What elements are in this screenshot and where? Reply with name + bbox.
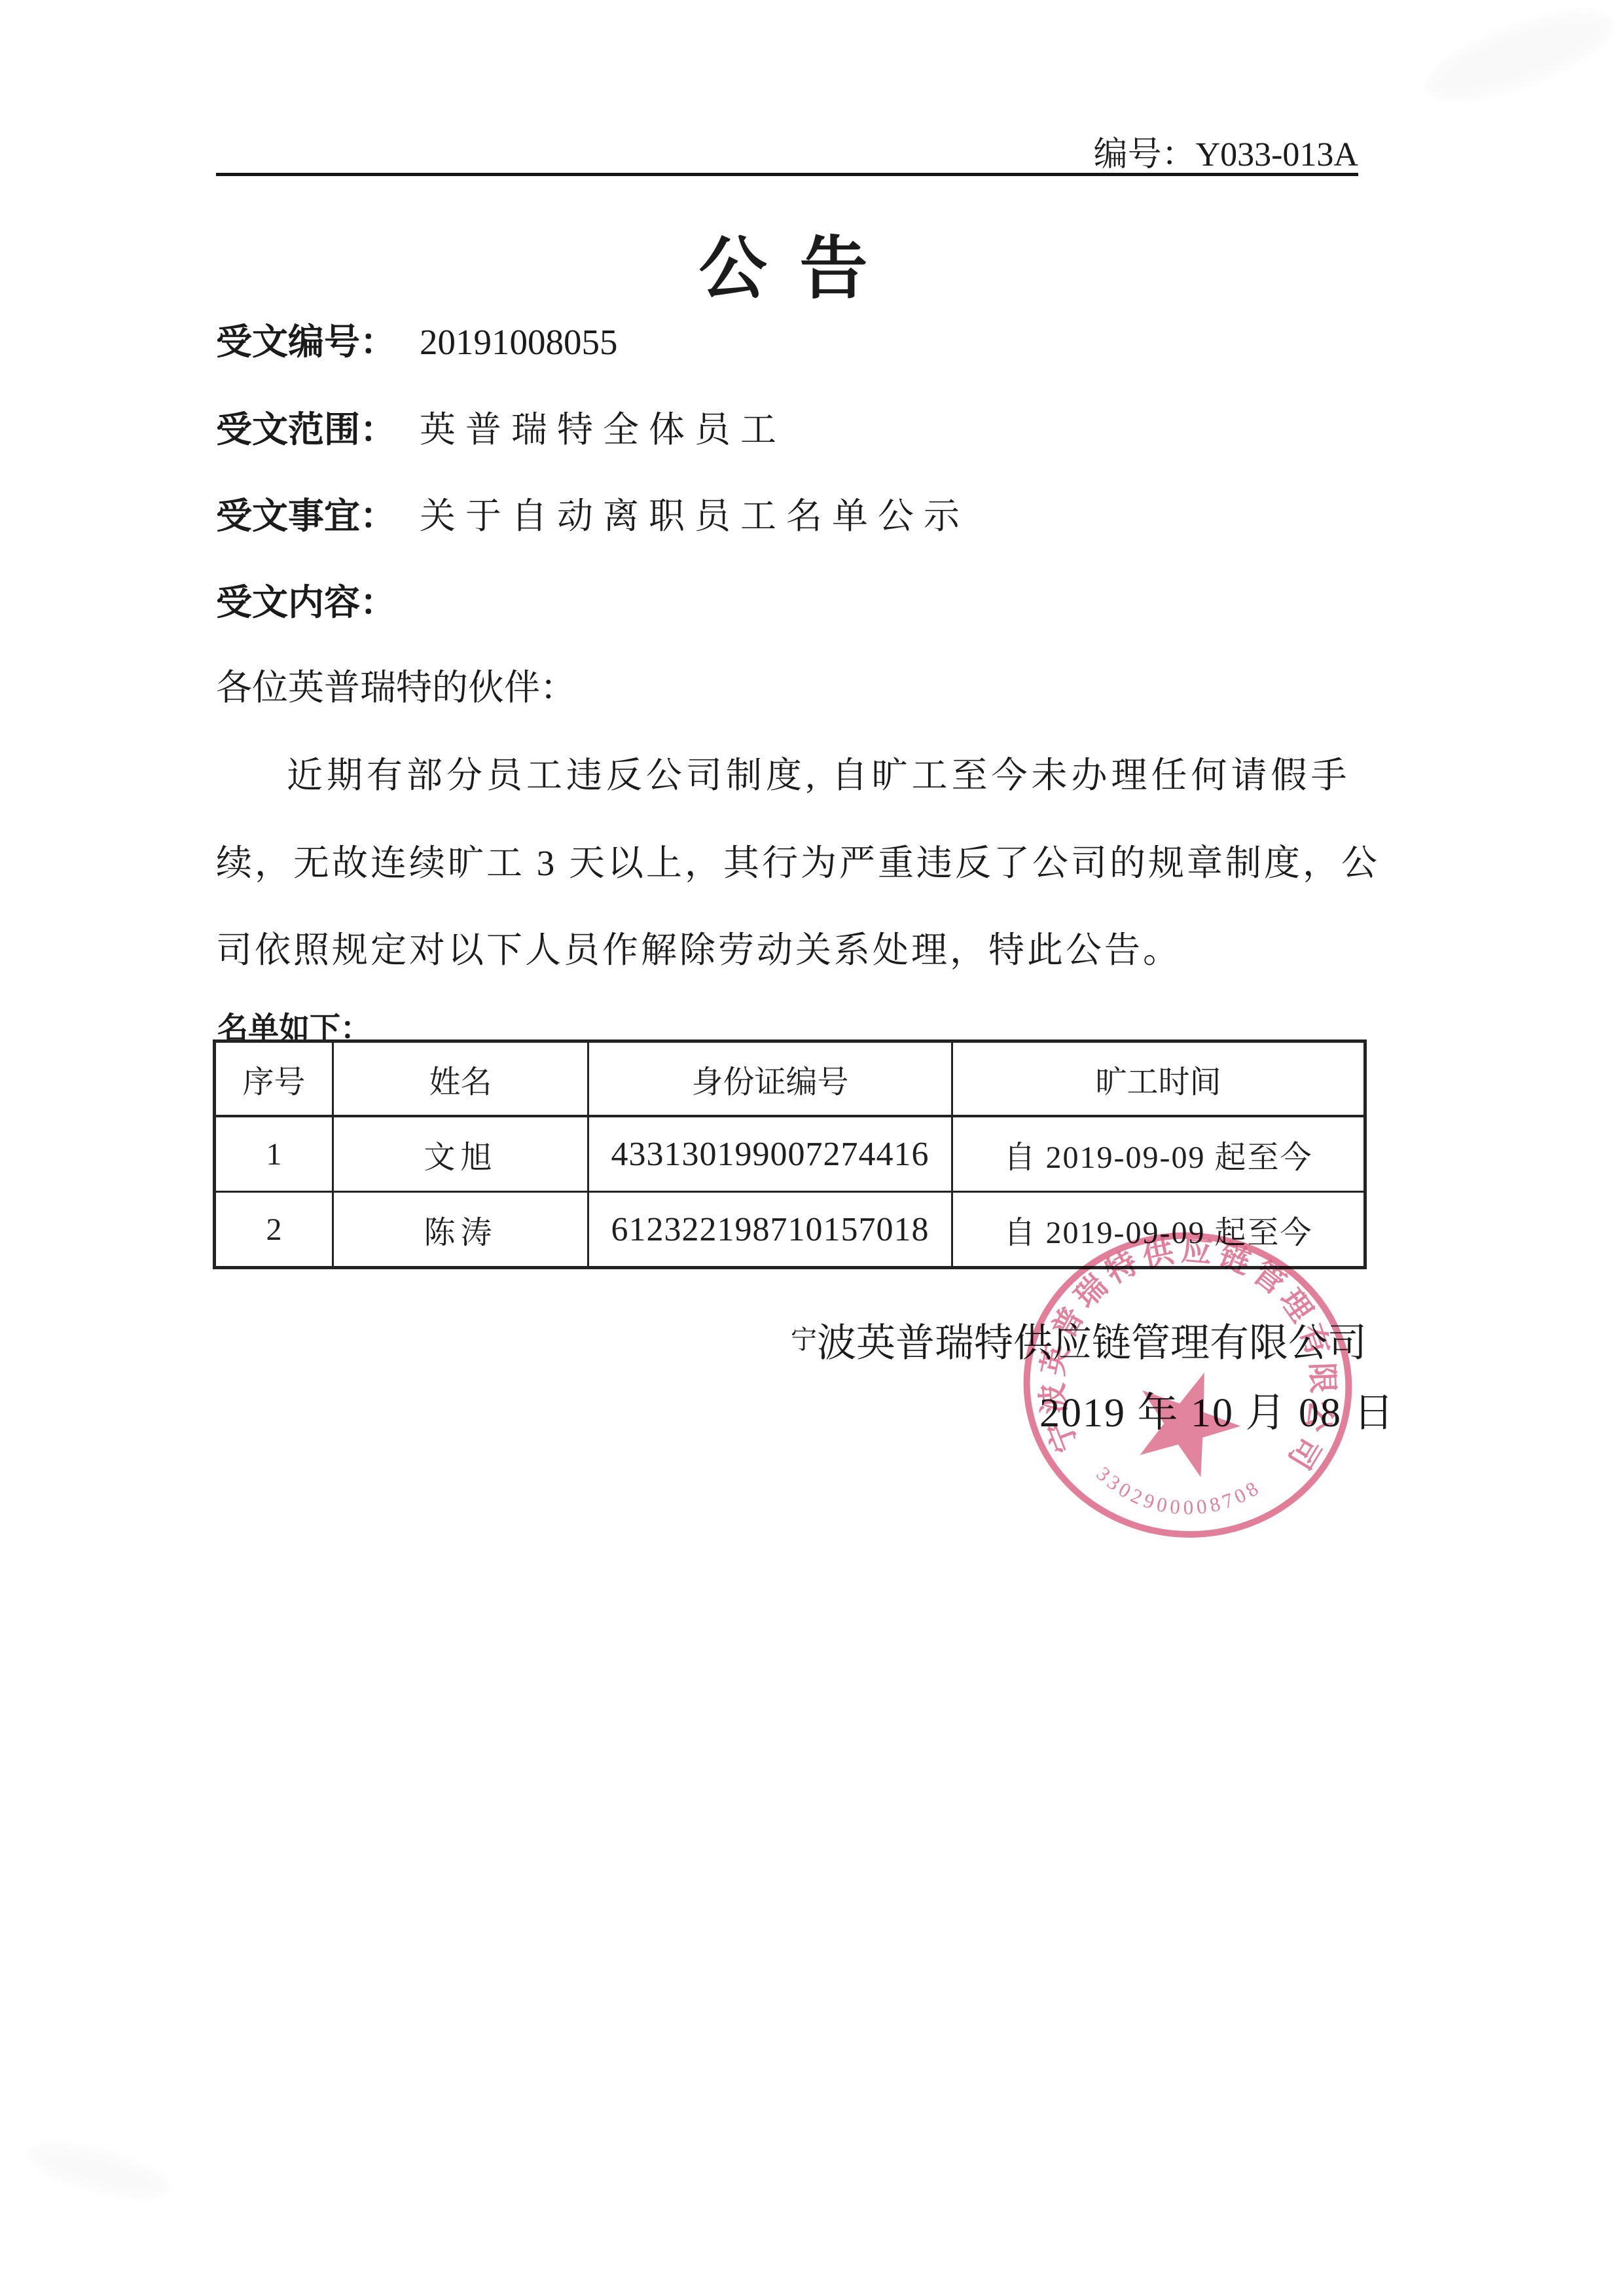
col-header-absence-period: 旷工时间 bbox=[952, 1041, 1365, 1117]
cell-absence-period: 自 2019-09-09 起至今 bbox=[952, 1116, 1365, 1192]
cell-name: 陈涛 bbox=[333, 1192, 588, 1268]
document-ref-number: 编号：Y033-013A bbox=[216, 126, 1358, 175]
field-scope: 受文范围：英普瑞特全体员工 bbox=[216, 401, 786, 452]
field-label: 受文编号： bbox=[216, 322, 396, 362]
scanned-announcement-page: 编号：Y033-013A 公 告 受文编号：20191008055 受文范围：英… bbox=[0, 0, 1624, 2295]
field-label: 受文范围： bbox=[216, 410, 396, 450]
cell-name: 文旭 bbox=[333, 1116, 588, 1192]
field-value: 关于自动离职员工名单公示 bbox=[420, 496, 969, 536]
body-line: 续，无故连续旷工 3 天以上，其行为严重违反了公司的规章制度，公 bbox=[216, 834, 1368, 886]
page-title: 公 告 bbox=[216, 213, 1358, 312]
table-header-row: 序号 姓名 身份证编号 旷工时间 bbox=[215, 1041, 1365, 1117]
field-subject: 受文事宜：关于自动离职员工名单公示 bbox=[216, 487, 969, 539]
star-icon bbox=[1121, 1355, 1254, 1484]
field-label: 受文内容： bbox=[216, 583, 396, 623]
cell-index: 1 bbox=[215, 1116, 333, 1192]
company-seal-stamp: 宁波英普瑞特供应链管理有限公司 3302900008708 bbox=[1005, 1214, 1373, 1563]
body-line: 司依照规定对以下人员作解除劳动关系处理，特此公告。 bbox=[216, 921, 1368, 973]
field-value: 20191008055 bbox=[420, 322, 618, 362]
body-line: 近期有部分员工违反公司制度, 自旷工至今未办理任何请假手 bbox=[216, 746, 1439, 798]
scan-artifact bbox=[24, 2133, 173, 2209]
col-header-index: 序号 bbox=[215, 1041, 333, 1117]
col-header-name: 姓名 bbox=[333, 1041, 588, 1117]
field-content: 受文内容： bbox=[216, 573, 420, 625]
field-label: 受文事宜： bbox=[216, 496, 396, 536]
cell-id-number: 433130199007274416 bbox=[588, 1116, 952, 1192]
cell-index: 2 bbox=[215, 1192, 333, 1268]
field-value: 英普瑞特全体员工 bbox=[420, 410, 786, 450]
col-header-id-number: 身份证编号 bbox=[588, 1041, 952, 1117]
scan-artifact bbox=[1417, 0, 1622, 117]
table-row: 1 文旭 433130199007274416 自 2019-09-09 起至今 bbox=[215, 1116, 1365, 1192]
cell-id-number: 612322198710157018 bbox=[588, 1192, 952, 1268]
field-doc-number: 受文编号：20191008055 bbox=[216, 313, 618, 365]
salutation: 各位英普瑞特的伙伴： bbox=[216, 659, 576, 710]
header-divider-line bbox=[216, 173, 1358, 176]
